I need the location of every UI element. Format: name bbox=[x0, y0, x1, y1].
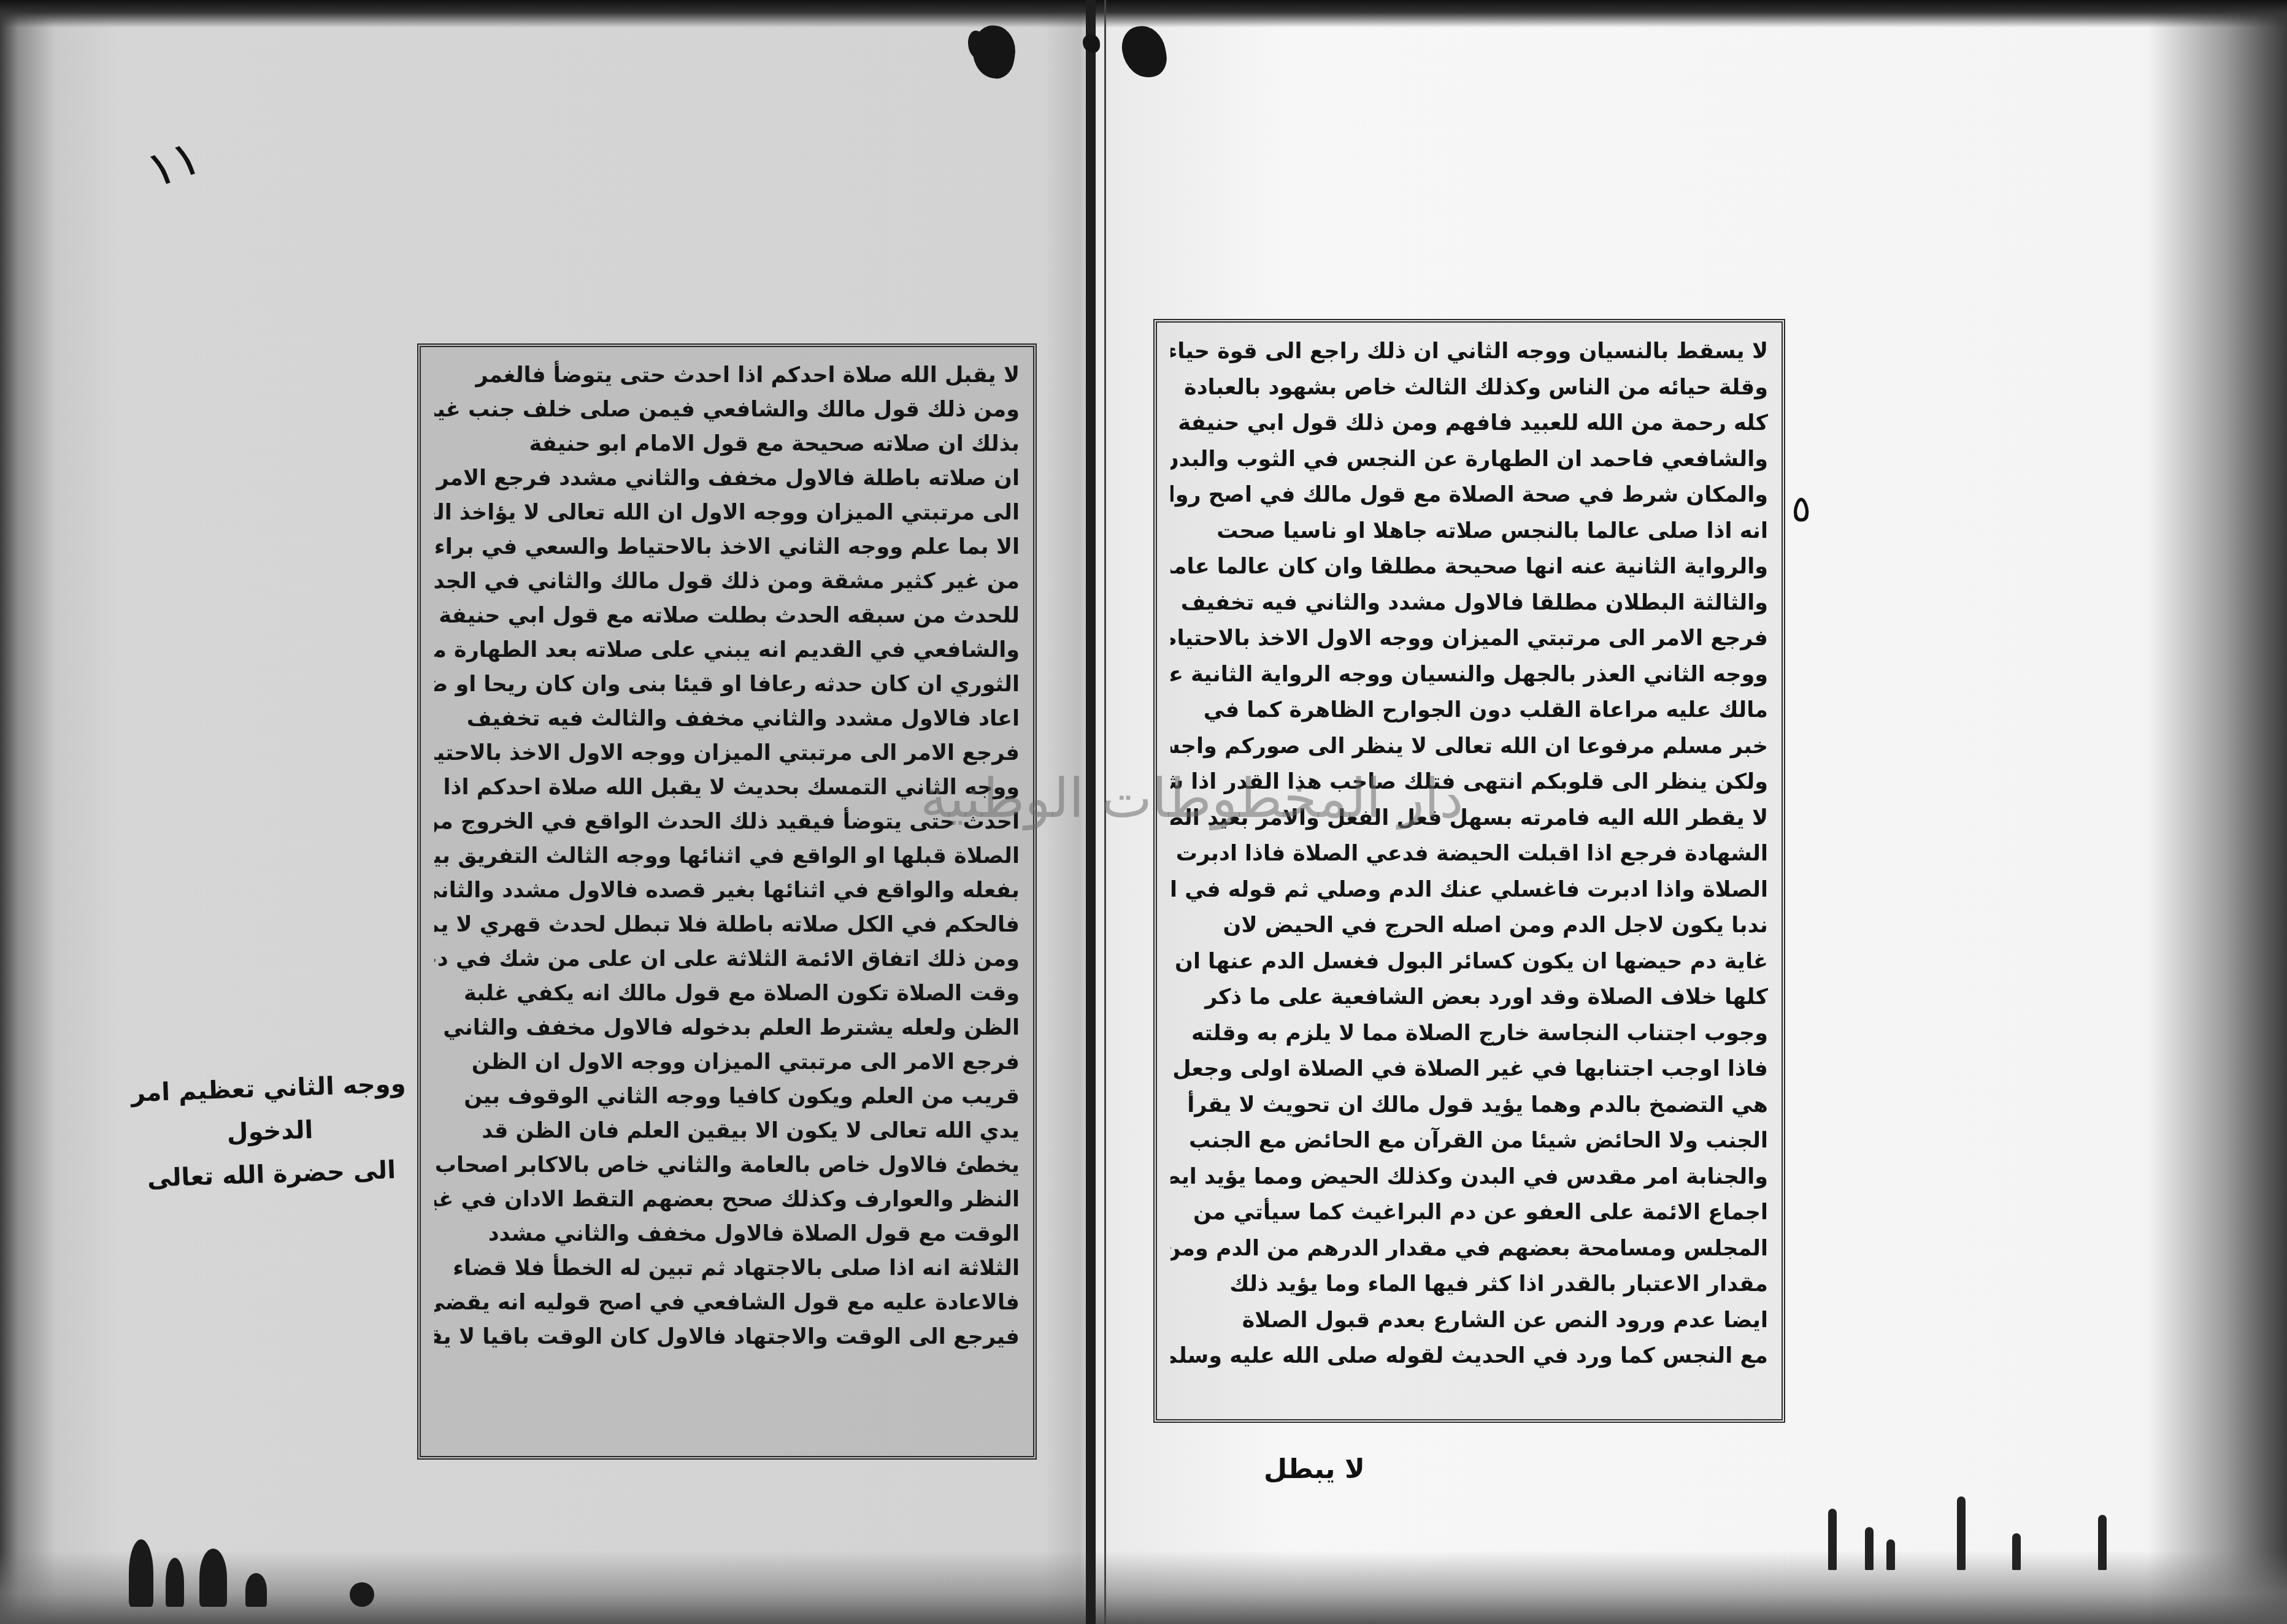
text-line: يدي الله تعالى لا يكون الا بيقين العلم ف… bbox=[434, 1114, 1020, 1148]
text-line: قريب من العلم ويكون كافيا ووجه الثاني ال… bbox=[434, 1079, 1020, 1114]
text-line: للحدث من سبقه الحدث بطلت صلاته مع قول اب… bbox=[434, 599, 1020, 633]
side-number: ٥ bbox=[1791, 488, 1811, 530]
text-line: ومن ذلك اتفاق الائمة الثلاثة على ان على … bbox=[434, 942, 1020, 976]
text-line: النظر والعوارف وكذلك صحح بعضهم التقط الا… bbox=[434, 1182, 1020, 1217]
text-line: خبر مسلم مرفوعا ان الله تعالى لا ينظر ال… bbox=[1170, 729, 1768, 765]
text-line: وقلة حيائه من الناس وكذلك الثالث خاص بشه… bbox=[1170, 370, 1768, 406]
text-line: الشهادة فرجع اذا اقبلت الحيضة فدعي الصلا… bbox=[1170, 836, 1768, 872]
catchword: لا يبطل bbox=[1264, 1454, 1365, 1485]
text-line: الظن ولعله يشترط العلم بدخوله فالاول مخف… bbox=[434, 1011, 1020, 1045]
text-line: فالحكم في الكل صلاته باطلة فلا تبطل لحدث… bbox=[434, 908, 1020, 942]
text-line: ندبا يكون لاجل الدم ومن اصله الحرج في ال… bbox=[1170, 908, 1768, 944]
bottom-right-stains bbox=[1755, 1460, 2184, 1570]
text-line: اجماع الائمة على العفو عن دم البراغيث كم… bbox=[1170, 1195, 1768, 1231]
library-watermark: دار المخطوطات الوطنية bbox=[920, 767, 1463, 830]
text-line: والرواية الثانية عنه انها صحيحة مطلقا وا… bbox=[1170, 549, 1768, 585]
text-line: والشافعي فاحمد ان الطهارة عن النجس في ال… bbox=[1170, 442, 1768, 478]
text-line: الجنب ولا الحائض شيئا من القرآن مع الحائ… bbox=[1170, 1123, 1768, 1159]
text-line: كله رحمة من الله للعبيد فافهم ومن ذلك قو… bbox=[1170, 405, 1768, 442]
text-line: والمكان شرط في صحة الصلاة مع قول مالك في… bbox=[1170, 477, 1768, 513]
text-line: وجوب اجتناب النجاسة خارج الصلاة مما لا ي… bbox=[1170, 1016, 1768, 1052]
text-line: يخطئ فالاول خاص بالعامة والثاني خاص بالا… bbox=[434, 1148, 1020, 1182]
text-line: مالك عليه مراعاة القلب دون الجوارح الظاه… bbox=[1170, 692, 1768, 729]
text-line: بذلك ان صلاته صحيحة مع قول الامام ابو حن… bbox=[434, 427, 1020, 461]
text-line: غاية دم حيضها ان يكون كسائر البول فغسل ا… bbox=[1170, 944, 1768, 980]
text-line: المجلس ومسامحة بعضهم في مقدار الدرهم من … bbox=[1170, 1231, 1768, 1267]
margin-note-line: ووجه الثاني تعظيم امر الدخول bbox=[114, 1062, 424, 1158]
text-line: ايضا عدم ورود النص عن الشارع بعدم قبول ا… bbox=[1170, 1303, 1768, 1339]
manuscript-scan: ١١ ووجه الثاني تعظيم امر الدخول الى حضرة… bbox=[0, 0, 2287, 1624]
left-text-block: لا يقبل الله صلاة احدكم اذا احدث حتى يتو… bbox=[417, 343, 1037, 1460]
text-line: بفعله والواقع في اثنائها بغير قصده فالاو… bbox=[434, 873, 1020, 908]
folio-number: ١١ bbox=[139, 128, 209, 199]
text-line: فيرجع الى الوقت والاجتهاد فالاول كان الو… bbox=[434, 1320, 1020, 1354]
text-line: الا بما علم ووجه الثاني الاخذ بالاحتياط … bbox=[434, 530, 1020, 564]
text-line: ووجه الثاني العذر بالجهل والنسيان ووجه ا… bbox=[1170, 657, 1768, 693]
text-line: فاذا اوجب اجتنابها في غير الصلاة في الصل… bbox=[1170, 1051, 1768, 1087]
text-line: والشافعي في القديم انه يبني على صلاته بع… bbox=[434, 633, 1020, 667]
text-line: الى مرتبتي الميزان ووجه الاول ان الله تع… bbox=[434, 496, 1020, 530]
text-line: الصلاة واذا ادبرت فاغسلي عنك الدم وصلي ث… bbox=[1170, 872, 1768, 908]
text-line: الثوري ان كان حدثه رعافا او قيئا بنى وان… bbox=[434, 667, 1020, 702]
text-line: لا يسقط بالنسيان ووجه الثاني ان ذلك راجع… bbox=[1170, 334, 1768, 370]
bottom-left-stains bbox=[61, 1521, 429, 1607]
text-line: ان صلاته باطلة فالاول مخفف والثاني مشدد … bbox=[434, 461, 1020, 496]
right-text-block: لا يسقط بالنسيان ووجه الثاني ان ذلك راجع… bbox=[1153, 319, 1785, 1423]
text-line: كلها خلاف الصلاة وقد اورد بعض الشافعية ع… bbox=[1170, 979, 1768, 1016]
text-line: وقت الصلاة تكون الصلاة مع قول مالك انه ي… bbox=[434, 976, 1020, 1011]
text-line: فالاعادة عليه مع قول الشافعي في اصح قولي… bbox=[434, 1285, 1020, 1320]
text-line: لا يقبل الله صلاة احدكم اذا احدث حتى يتو… bbox=[434, 358, 1020, 393]
text-line: الوقت مع قول الصلاة فالاول مخفف والثاني … bbox=[434, 1217, 1020, 1251]
text-line: مع النجس كما ورد في الحديث لقوله صلى الل… bbox=[1170, 1338, 1768, 1374]
text-line: والثالثة البطلان مطلقا فالاول مشدد والثا… bbox=[1170, 585, 1768, 621]
top-edge-shadow bbox=[0, 0, 2287, 28]
margin-note: ووجه الثاني تعظيم امر الدخول الى حضرة ال… bbox=[114, 1062, 425, 1201]
text-line: فرجع الامر الى مرتبتي الميزان ووجه الاول… bbox=[434, 736, 1020, 770]
text-line: ومن ذلك قول مالك والشافعي فيمن صلى خلف ج… bbox=[434, 393, 1020, 427]
text-line: والجنابة امر مقدس في البدن وكذلك الحيض و… bbox=[1170, 1159, 1768, 1195]
text-line: انه اذا صلى عالما بالنجس صلاته جاهلا او … bbox=[1170, 513, 1768, 550]
text-line: اعاد فالاول مشدد والثاني مخفف والثالث في… bbox=[434, 702, 1020, 736]
text-line: الثلاثة انه اذا صلى بالاجتهاد ثم تبين له… bbox=[434, 1251, 1020, 1285]
text-line: من غير كثير مشقة ومن ذلك قول مالك والثان… bbox=[434, 564, 1020, 599]
text-line: فرجع الامر الى مرتبتي الميزان ووجه الاول… bbox=[1170, 621, 1768, 657]
text-line: مقدار الاعتبار بالقدر اذا كثر فيها الماء… bbox=[1170, 1266, 1768, 1303]
text-line: الصلاة قبلها او الواقع في اثنائها ووجه ا… bbox=[434, 839, 1020, 873]
text-line: فرجع الامر الى مرتبتي الميزان ووجه الاول… bbox=[434, 1045, 1020, 1079]
text-line: هي التضمخ بالدم وهما يؤيد قول مالك ان تح… bbox=[1170, 1087, 1768, 1124]
